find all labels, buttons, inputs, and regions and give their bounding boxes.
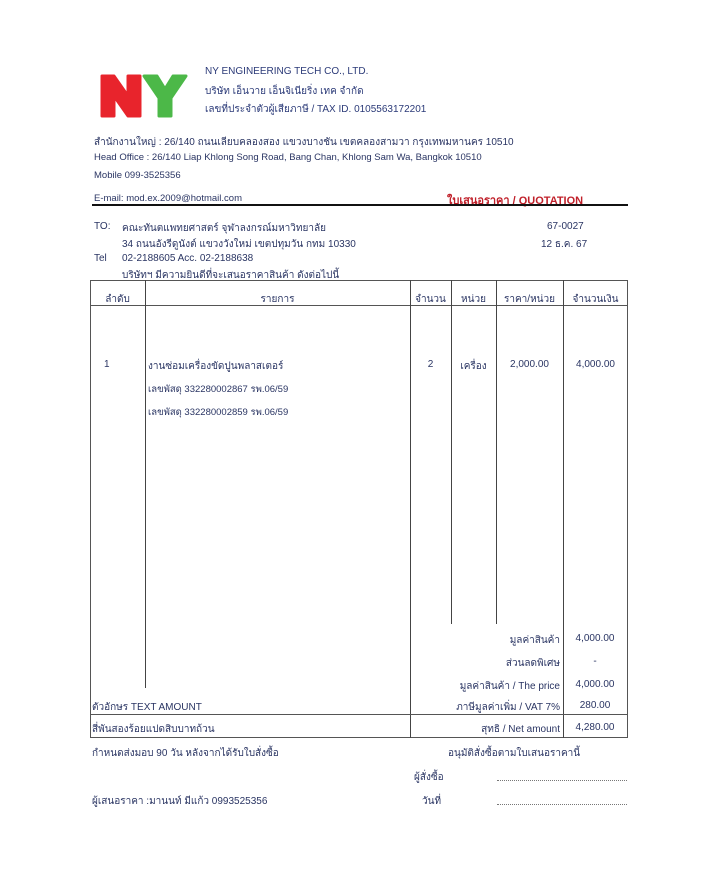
row-amount: 4,000.00 [563, 359, 628, 370]
row-unit: เครื่อง [451, 359, 496, 374]
approve-text: อนุมัติสั่งซื้อตามใบเสนอราคานี้ [448, 746, 580, 761]
header-unit: หน่วย [451, 292, 496, 307]
text-amount: สี่พันสองร้อยแปดสิบบาทถ้วน [92, 722, 215, 737]
header-qty: จำนวน [410, 292, 451, 307]
document-number: 67-0027 [547, 221, 584, 232]
tax-id: เลขที่ประจำตัวผู้เสียภาษี / TAX ID. 0105… [205, 102, 426, 117]
discount-value: - [564, 656, 626, 667]
header-rule [92, 204, 628, 206]
vat-value: 280.00 [564, 700, 626, 711]
row-detail: เลขพัสดุ 332280002859 รพ.06/59 [148, 405, 288, 420]
col-divider [451, 280, 452, 624]
email: E-mail: mod.ex.2009@hotmail.com [94, 193, 242, 204]
to-label: TO: [94, 221, 110, 232]
row-no: 1 [104, 359, 110, 370]
col-divider [563, 280, 564, 738]
subtotal-label: มูลค่าสินค้า [360, 633, 560, 648]
row-unit-price: 2,000.00 [496, 359, 563, 370]
text-amount-label: ตัวอักษร TEXT AMOUNT [92, 700, 202, 715]
price-value: 4,000.00 [564, 679, 626, 690]
tel-label: Tel [94, 253, 107, 264]
mobile: Mobile 099-3525356 [94, 170, 181, 181]
row-detail: เลขพัสดุ 332280002867 รพ.06/59 [148, 382, 288, 397]
date-label: วันที่ [422, 794, 441, 809]
customer-name: คณะทันตแพทยศาสตร์ จุฬาลงกรณ์มหาวิทยาลัย [122, 221, 326, 236]
address-th: สำนักงานใหญ่ : 26/140 ถนนเลียบคลองสอง แข… [94, 135, 514, 150]
col-divider [496, 280, 497, 624]
net-value: 4,280.00 [564, 722, 626, 733]
company-name-en: NY ENGINEERING TECH CO., LTD. [205, 66, 368, 77]
orderer-label: ผู้สั่งซื้อ [414, 770, 444, 785]
discount-label: ส่วนลดพิเศษ [360, 656, 560, 671]
net-label: สุทธิ / Net amount [360, 722, 560, 737]
header-amount: จำนวนเงิน [563, 292, 628, 307]
col-divider [145, 280, 146, 688]
header-no: ลำดับ [90, 292, 145, 307]
price-label: มูลค่าสินค้า / The price [360, 679, 560, 694]
date-signature-line [497, 804, 627, 805]
row-description: งานซ่อมเครื่องขัดปูนพลาสเตอร์ [148, 359, 283, 374]
document-date: 12 ธ.ค. 67 [541, 237, 587, 252]
quoter: ผู้เสนอราคา :มานนท์ มีแก้ว 0993525356 [92, 794, 267, 809]
orderer-signature-line [497, 780, 627, 781]
customer-tel: 02-2188605 Acc. 02-2188638 [122, 253, 253, 264]
company-name-th: บริษัท เอ็นวาย เอ็นจิเนียริ่ง เทค จำกัด [205, 84, 364, 99]
customer-address: 34 ถนนอังรีดูนังต์ แขวงวังใหม่ เขตปทุมวั… [122, 237, 356, 252]
subtotal-value: 4,000.00 [564, 633, 626, 644]
address-en: Head Office : 26/140 Liap Khlong Song Ro… [94, 152, 482, 163]
row-qty: 2 [410, 359, 451, 370]
delivery-terms: กำหนดส่งมอบ 90 วัน หลังจากได้รับใบสั่งซื… [92, 746, 279, 761]
company-logo [100, 70, 190, 120]
document-title: ใบเสนอราคา / QUOTATION [447, 191, 583, 209]
header-unit-price: ราคา/หน่วย [496, 292, 563, 307]
vat-label: ภาษีมูลค่าเพิ่ม / VAT 7% [360, 700, 560, 715]
header-description: รายการ [145, 292, 410, 307]
